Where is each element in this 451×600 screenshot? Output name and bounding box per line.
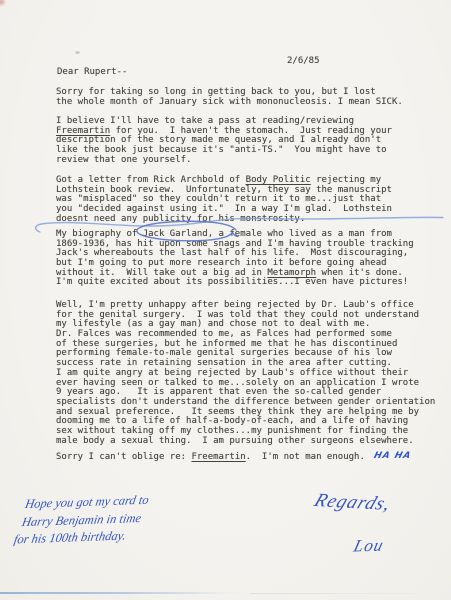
handwritten-signature: Lou	[351, 535, 385, 556]
paragraph: Got a letter from Rick Archbold of Body …	[56, 176, 392, 224]
letter-line: I'm quite excited about its possibilitie…	[56, 278, 414, 288]
handwritten-ha-ha: HA HA	[373, 451, 413, 461]
scan-bottom-edge-line	[0, 592, 240, 594]
letter-line: male body a sexual thing. I am pursuing …	[56, 437, 435, 447]
scan-dust-speck	[75, 51, 80, 54]
scan-corner-speck	[0, 0, 6, 7]
letter-line: doesnt need any publicity for his monstr…	[56, 215, 392, 225]
handwritten-postscript: Hope you got my card to Harry Benjamin i…	[17, 492, 150, 549]
paragraph: I believe I'll have to take a pass at re…	[56, 117, 392, 165]
paragraph: Well, I'm pretty unhappy after being rej…	[56, 301, 435, 446]
handwritten-regards: Regards,	[311, 490, 395, 516]
paragraph: Sorry for taking so long in getting back…	[56, 88, 403, 107]
letter-line: Sorry I can't oblige re: Freemartin. I'm…	[56, 453, 365, 463]
letter-line: the whole month of January sick with mon…	[56, 98, 403, 108]
letter-date: 2/6/85	[287, 57, 320, 67]
underlined-text: Freemartin	[191, 452, 245, 462]
underlined-text: Body Politic	[246, 175, 311, 185]
paragraph: My biography of Jack Garland, a female w…	[56, 230, 414, 288]
letter-line: review that one yourself.	[56, 156, 392, 166]
letter-salutation: Dear Rupert--	[57, 68, 127, 78]
paragraph: Sorry I can't oblige re: Freemartin. I'm…	[56, 453, 365, 463]
scan-bottom-edge-faint	[250, 593, 420, 594]
postscript-line: for his 100th birthday.	[12, 527, 143, 549]
scanned-letter-page: 2/6/85 Dear Rupert-- Sorry for taking so…	[0, 0, 451, 600]
